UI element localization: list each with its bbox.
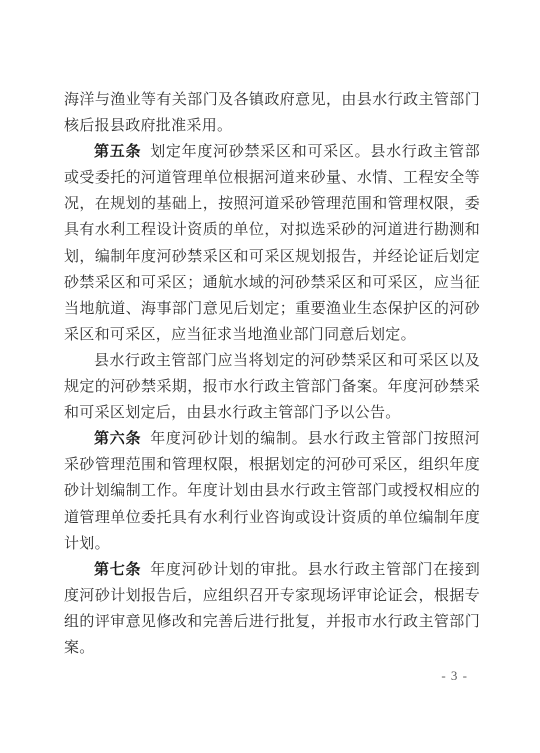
text-line: 砂禁采区和可采区；通航水域的河砂禁采区和可采区，应当征求 xyxy=(64,270,480,296)
document-body: 海洋与渔业等有关部门及各镇政府意见，由县水行政主管部门审 核后报县政府批准采用。… xyxy=(64,87,480,661)
line-text: 或受委托的河道管理单位根据河道来砂量、水情、工程安全等情 xyxy=(64,170,480,191)
line-text: 规定的河砂禁采期，报市水行政主管部门备案。年度河砂禁采区 xyxy=(64,379,480,400)
line-text: 当地航道、海事部门意见后划定；重要渔业生态保护区的河砂禁 xyxy=(64,301,480,322)
text-line: 和可采区划定后，由县水行政主管部门予以公告。 xyxy=(64,400,480,426)
line-text: 县水行政主管部门应当将划定的河砂禁采区和可采区以及 xyxy=(94,353,480,369)
article-number-label: 第七条 xyxy=(94,561,141,578)
text-line: 当地航道、海事部门意见后划定；重要渔业生态保护区的河砂禁 xyxy=(64,296,480,322)
line-text: 砂禁采区和可采区；通航水域的河砂禁采区和可采区，应当征求 xyxy=(64,275,480,296)
text-line: 县水行政主管部门应当将划定的河砂禁采区和可采区以及 xyxy=(64,348,480,374)
line-text: 和可采区划定后，由县水行政主管部门予以公告。 xyxy=(64,405,401,421)
line-text: 海洋与渔业等有关部门及各镇政府意见，由县水行政主管部门审 xyxy=(64,92,480,113)
text-line: 采砂管理范围和管理权限，根据划定的河砂可采区，组织年度河 xyxy=(64,452,480,478)
line-text: 况，在规划的基础上，按照河道采砂管理范围和管理权限，委托 xyxy=(64,196,480,217)
text-line: 核后报县政府批准采用。 xyxy=(64,113,480,139)
text-line: 采区和可采区，应当征求当地渔业部门同意后划定。 xyxy=(64,322,480,348)
text-line: 规定的河砂禁采期，报市水行政主管部门备案。年度河砂禁采区 xyxy=(64,374,480,400)
document-page: 海洋与渔业等有关部门及各镇政府意见，由县水行政主管部门审 核后报县政府批准采用。… xyxy=(0,0,540,753)
line-text: 划，编制年度河砂禁采区和可采区规划报告，并经论证后划定河 xyxy=(64,249,480,270)
text-line: 海洋与渔业等有关部门及各镇政府意见，由县水行政主管部门审 xyxy=(64,87,480,113)
article-number-label: 第五条 xyxy=(94,143,141,160)
line-text: 划定年度河砂禁采区和可采区。县水行政主管部门 xyxy=(94,144,480,165)
text-line: 案。 xyxy=(64,635,480,661)
text-line: 道管理单位委托具有水利行业咨询或设计资质的单位编制年度 xyxy=(64,505,480,531)
page-number: - 3 - xyxy=(441,668,468,684)
line-text: 具有水利工程设计资质的单位，对拟选采砂的河道进行勘测和规 xyxy=(64,222,480,243)
text-line: 度河砂计划报告后，应组织召开专家现场评审论证会，根据专家 xyxy=(64,583,480,609)
text-line-article-5: 第五条划定年度河砂禁采区和可采区。县水行政主管部门 xyxy=(64,139,480,165)
line-text: 年度河砂计划的审批。县水行政主管部门在接到年 xyxy=(94,562,480,583)
text-line: 或受委托的河道管理单位根据河道来砂量、水情、工程安全等情 xyxy=(64,165,480,191)
line-text: 采区和可采区，应当征求当地渔业部门同意后划定。 xyxy=(64,327,416,343)
line-text: 采砂管理范围和管理权限，根据划定的河砂可采区，组织年度河 xyxy=(64,457,480,478)
line-text: 案。 xyxy=(64,640,95,656)
text-line-article-6: 第六条年度河砂计划的编制。县水行政主管部门按照河道 xyxy=(64,426,480,452)
line-text: 核后报县政府批准采用。 xyxy=(64,118,232,134)
line-text: 计划。 xyxy=(64,536,110,552)
article-number-label: 第六条 xyxy=(94,430,141,447)
text-line: 砂计划编制工作。年度计划由县水行政主管部门或授权相应的河 xyxy=(64,478,480,504)
line-text: 道管理单位委托具有水利行业咨询或设计资质的单位编制年度 xyxy=(64,510,480,526)
text-line: 计划。 xyxy=(64,531,480,557)
text-line: 况，在规划的基础上，按照河道采砂管理范围和管理权限，委托 xyxy=(64,191,480,217)
line-text: 砂计划编制工作。年度计划由县水行政主管部门或授权相应的河 xyxy=(64,483,480,504)
line-text: 度河砂计划报告后，应组织召开专家现场评审论证会，根据专家 xyxy=(64,588,480,609)
text-line: 具有水利工程设计资质的单位，对拟选采砂的河道进行勘测和规 xyxy=(64,217,480,243)
text-line-article-7: 第七条年度河砂计划的审批。县水行政主管部门在接到年 xyxy=(64,557,480,583)
line-text: 年度河砂计划的编制。县水行政主管部门按照河道 xyxy=(94,431,480,452)
line-text: 组的评审意见修改和完善后进行批复，并报市水行政主管部门备 xyxy=(64,614,480,635)
text-line: 组的评审意见修改和完善后进行批复，并报市水行政主管部门备 xyxy=(64,609,480,635)
text-line: 划，编制年度河砂禁采区和可采区规划报告，并经论证后划定河 xyxy=(64,244,480,270)
